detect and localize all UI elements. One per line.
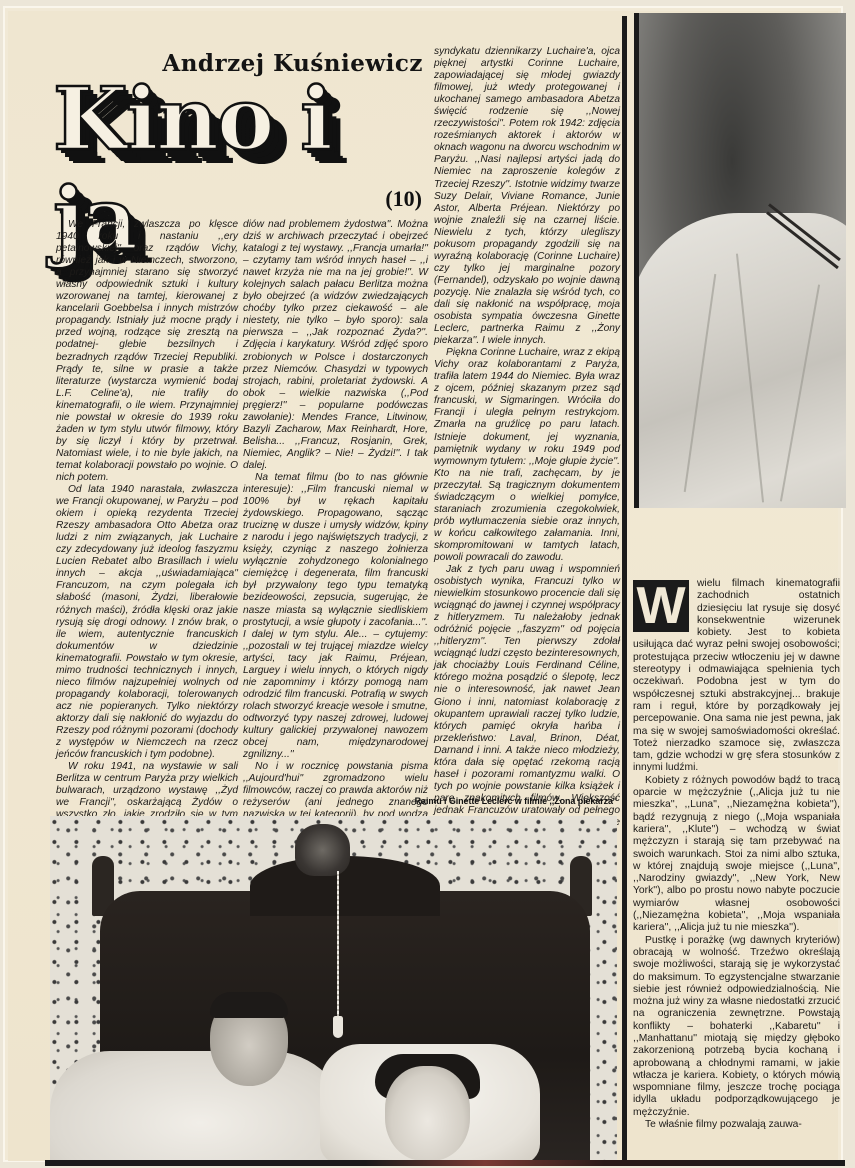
bottom-edge-band <box>45 1160 845 1166</box>
magazine-page: Andrzej Kuśniewicz Kino i ja (10) We Fra… <box>5 8 841 1160</box>
issue-number: (10) <box>377 186 422 212</box>
headboard-ornament <box>295 824 350 876</box>
cord-switch <box>333 1016 343 1038</box>
paragraph: Pustkę i porażkę (wg dawnych kryteriów) … <box>633 935 840 1119</box>
article-column-1: We Francji, zwlaszcza po klęsce 1940 rok… <box>56 219 238 857</box>
paragraph: Kobiety z różnych powodów bądź to tracą … <box>633 775 840 935</box>
lamp-cord <box>337 871 339 1021</box>
paragraph: syndykatu dziennikarzy Luchaire'a, ojca … <box>434 46 620 347</box>
film-still-photo <box>50 816 617 1165</box>
portrait-photo <box>634 13 846 508</box>
article-column-3: syndykatu dziennikarzy Luchaire'a, ojca … <box>434 46 620 841</box>
sidebar-column: W wielu filmach kinematografii zachodnic… <box>633 578 840 1131</box>
article-column-2: diów nad problemem żydostwa''. Można dzi… <box>243 219 428 845</box>
dropcap-letter: W <box>633 580 689 632</box>
paragraph: diów nad problemem żydostwa''. Można dzi… <box>243 219 428 472</box>
article-title: Kino i ja <box>53 70 433 180</box>
paragraph: We Francji, zwlaszcza po klęsce 1940 rok… <box>56 219 238 484</box>
white-shirt <box>634 213 846 508</box>
woman-face <box>385 1066 470 1161</box>
paragraph: Na temat filmu (bo to nas głównie intere… <box>243 472 428 761</box>
paragraph: Piękna Corinne Luchaire, wraz z ekipą Vi… <box>434 347 620 564</box>
paragraph: Od lata 1940 narastała, zwłaszcza we Fra… <box>56 484 238 761</box>
photo-caption: Raimu i Ginette Leclerc w filmie ,,Żona … <box>365 796 617 806</box>
paragraph: Te właśnie filmy pozwalają zauwa- <box>633 1119 840 1131</box>
column-divider <box>622 16 627 1161</box>
man-in-nightshirt <box>50 1051 350 1165</box>
man-hair <box>210 992 288 1018</box>
